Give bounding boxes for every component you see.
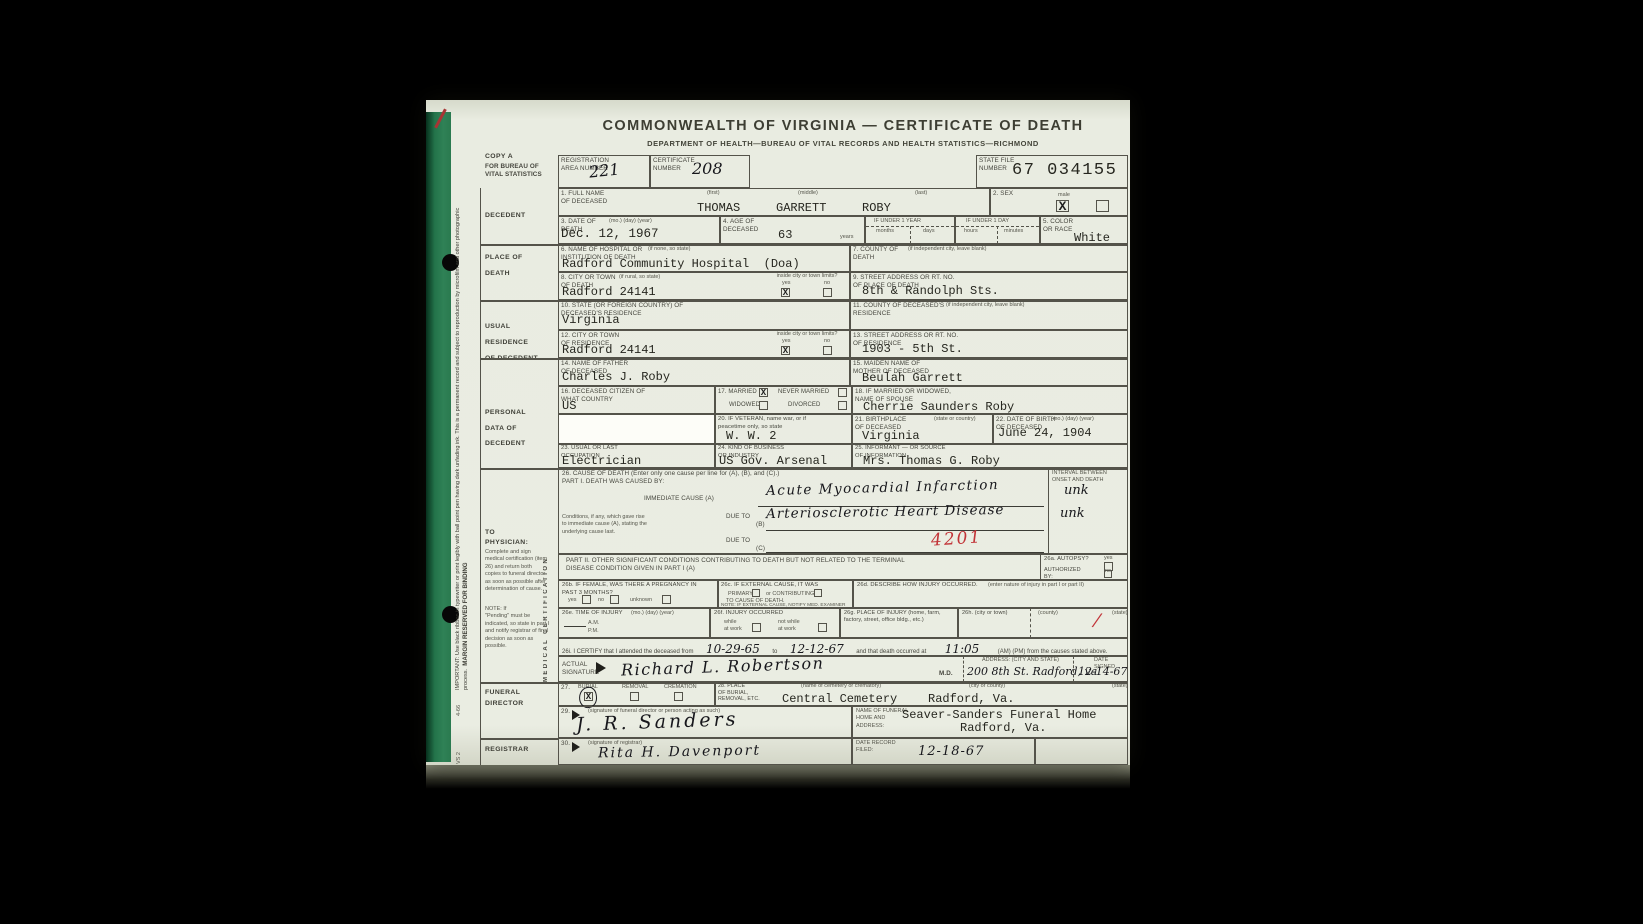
date-of-death-value: Dec. 12, 1967 xyxy=(561,227,659,241)
am-hint: A.M. xyxy=(588,620,599,627)
registrar-number: 30. xyxy=(561,740,570,748)
occupation-value: Electrician xyxy=(562,454,641,468)
time-of-injury-label: 26e. TIME OF INJURY xyxy=(562,610,623,618)
injury-county-hint: (county) xyxy=(1038,610,1058,617)
injury-description-label: 26d. DESCRIBE HOW INJURY OCCURRED. xyxy=(857,582,978,590)
place-of-burial-label: 28. PLACE OF BURIAL, REMOVAL, ETC. xyxy=(718,683,760,703)
section-rule xyxy=(480,300,558,302)
color-race-label: 5. COLOR OR RACE xyxy=(1043,218,1073,234)
checkbox-death-city-limits-no xyxy=(823,288,832,297)
state-file-value: 67 034155 xyxy=(1012,161,1117,180)
sex-label: 2. SEX xyxy=(993,190,1013,198)
married-label: 17. MARRIED xyxy=(718,389,757,397)
divorced-label: DIVORCED xyxy=(788,402,820,410)
interval-a-value: unk xyxy=(1064,483,1089,498)
funeral-home-value: Seaver-Sanders Funeral Home xyxy=(902,708,1096,722)
external-cause-label: 26c. IF EXTERNAL CAUSE, IT WAS xyxy=(721,582,818,590)
birthplace-value: Virginia xyxy=(862,429,920,443)
days-hint: days xyxy=(923,228,935,235)
copy-a-label: COPY A xyxy=(485,152,513,162)
cause-code-red-value: 4201 xyxy=(930,527,983,551)
city-residence-value: Radford 24141 xyxy=(562,343,656,357)
cause-b-line xyxy=(766,530,1044,531)
am-line xyxy=(564,626,586,627)
checkbox-pregnancy-unknown xyxy=(662,595,671,604)
date-of-death-hint: (mo.) (day) (year) xyxy=(609,218,652,225)
industry-value: US Gov. Arsenal xyxy=(719,454,827,468)
section-rule xyxy=(480,244,558,246)
due-to-2-label: DUE TO xyxy=(726,537,750,545)
interval-column-divider xyxy=(1048,468,1049,554)
age-years-hint: years xyxy=(840,234,853,241)
section-decedent: DECEDENT xyxy=(485,208,526,224)
injury-state-hint: (state) xyxy=(1112,610,1128,617)
certificate-subtitle: DEPARTMENT OF HEALTH—BUREAU OF VITAL REC… xyxy=(558,139,1128,148)
injury-description-hint: (enter nature of injury in part I or par… xyxy=(988,582,1084,589)
immediate-cause-label: IMMEDIATE CAUSE (A) xyxy=(644,495,714,503)
cemetery-hint: (name of cemetery or crematory) xyxy=(801,683,881,690)
cremation-hint: CREMATION xyxy=(664,684,697,691)
registrar-arrow-icon xyxy=(572,742,580,752)
first-name-value: THOMAS xyxy=(697,201,740,215)
place-of-burial-box xyxy=(715,682,1128,706)
certify-text-1: 26i. I CERTIFY that I attended the decea… xyxy=(562,649,694,655)
section-usual-residence: USUAL RESIDENCE xyxy=(485,319,528,350)
death-time-value: 11:05 xyxy=(931,642,994,657)
informant-value: Mrs. Thomas G. Roby xyxy=(863,454,1000,468)
county-residence-hint: (if independent city, leave blank) xyxy=(946,302,1024,309)
removal-hint: REMOVAL xyxy=(622,684,649,691)
conditions-note: Conditions, if any, which gave rise to i… xyxy=(562,514,682,536)
checkbox-widowed xyxy=(759,401,768,410)
section-personal-data: PERSONAL DATA OF DECEDENT xyxy=(485,405,526,452)
mother-value: Beulah Garrett xyxy=(862,371,963,385)
section-rule xyxy=(480,468,558,470)
full-name-label: 1. FULL NAME OF DECEASED xyxy=(561,190,607,206)
burial-city-value: Radford, Va. xyxy=(928,692,1014,706)
months-hint: months xyxy=(876,228,894,235)
city-of-death-hint: (if rural, so state) xyxy=(619,274,660,281)
city-county-hint: (city or county) xyxy=(969,683,1005,690)
pm-hint: P.M. xyxy=(588,628,599,635)
cause-c-tag: (C) xyxy=(756,545,765,553)
section-registrar: REGISTRAR xyxy=(485,742,529,758)
checkbox-death-city-limits-yes: X xyxy=(781,288,790,297)
under-1-year-divider xyxy=(910,226,911,244)
checkbox-sex-female xyxy=(1096,200,1109,212)
pregnancy-yes-hint: yes xyxy=(568,597,577,604)
scan-background: IMPORTANT: Use black ribbon in typewrite… xyxy=(0,0,1643,924)
due-to-1-label: DUE TO xyxy=(726,513,750,521)
state-hint: (state) xyxy=(1112,683,1128,690)
green-binding-strip xyxy=(426,112,451,762)
state-file-label: STATE FILE NUMBER xyxy=(979,157,1014,173)
first-name-hint: (first) xyxy=(707,190,720,197)
cause-c-line xyxy=(766,552,1044,553)
funeral-home-label: NAME OF FUNERAL HOME AND ADDRESS: xyxy=(856,708,908,730)
residence-limits-yes-hint: yes xyxy=(782,338,791,345)
death-certificate: IMPORTANT: Use black ribbon in typewrite… xyxy=(426,100,1130,765)
page-bottom-shadow xyxy=(426,765,1130,789)
middle-name-hint: (middle) xyxy=(798,190,818,197)
binding-margin-text: IMPORTANT: Use black ribbon in typewrite… xyxy=(454,170,480,690)
veteran-value: W. W. 2 xyxy=(726,429,776,443)
city-limits-no-hint: no xyxy=(824,280,830,287)
checkbox-removal xyxy=(630,692,639,701)
date-signed-value: 12-14-67 xyxy=(1078,665,1127,678)
registrar-blank-box xyxy=(1035,738,1128,765)
section-rule xyxy=(480,682,558,684)
copy-a-sublabel: FOR BUREAU OF VITAL STATISTICS xyxy=(485,163,542,179)
county-of-death-hint: (if independent city, leave blank) xyxy=(908,246,986,253)
last-name-hint: (last) xyxy=(915,190,927,197)
section-rule xyxy=(480,358,558,360)
disposition-number: 27. xyxy=(561,684,570,692)
checkbox-sex-male: X xyxy=(1056,200,1069,212)
date-filed-label: DATE RECORD FILED: xyxy=(856,740,896,755)
county-of-death-label: 7. COUNTY OF DEATH xyxy=(853,246,898,262)
certify-text-3: (AM) (PM) from the causes stated above. xyxy=(998,649,1108,655)
minutes-hint: minutes xyxy=(1004,228,1023,235)
margin-title: MARGIN RESERVED FOR BINDING xyxy=(462,562,469,665)
injury-occurred-label: 26f. INJURY OCCURRED xyxy=(714,610,783,618)
birthplace-hint: (state or country) xyxy=(934,416,976,423)
section-funeral-director: FUNERAL DIRECTOR xyxy=(485,688,524,710)
checkbox-residence-city-limits-yes: X xyxy=(781,346,790,355)
section-to-physician: TO PHYSICIAN: xyxy=(485,528,528,547)
pending-note: NOTE: If "Pending" must be indicated, so… xyxy=(485,606,551,651)
spouse-value: Cherrie Saunders Roby xyxy=(863,400,1014,414)
checkbox-pregnancy-no xyxy=(610,595,619,604)
checkbox-residence-city-limits-no xyxy=(823,346,832,355)
residence-limits-no-hint: no xyxy=(824,338,830,345)
section-rule xyxy=(480,738,558,740)
funeral-director-number: 29. xyxy=(561,708,570,716)
county-residence-label: 11. COUNTY OF DECEASED'S RESIDENCE xyxy=(853,302,944,318)
street-of-death-value: 8th & Randolph Sts. xyxy=(862,284,999,298)
autopsy-label: 26a. AUTOPSY? xyxy=(1044,556,1089,564)
last-name-value: ROBY xyxy=(862,201,891,215)
not-while-at-work-hint: not while at work xyxy=(778,619,800,634)
pregnancy-no-hint: no xyxy=(598,597,604,604)
date-filed-value: 12-18-67 xyxy=(918,744,984,759)
father-value: Charles J. Roby xyxy=(562,370,670,384)
residence-limits-question: inside city or town limits? xyxy=(766,331,848,338)
date-of-birth-hint: (mo.) (day) (year) xyxy=(1051,416,1094,423)
interval-b-value: unk xyxy=(1060,506,1085,521)
certify-text-2: and that death occurred at xyxy=(856,649,926,655)
md-label: M.D. xyxy=(939,670,953,678)
widowed-label: WIDOWED xyxy=(729,402,760,410)
checkbox-contributing xyxy=(814,589,822,597)
injury-location-divider xyxy=(1030,608,1031,638)
time-of-injury-hint: (mo.) (day) (year) xyxy=(631,610,674,617)
checkbox-never-married xyxy=(838,388,847,397)
while-at-work-hint: while at work xyxy=(724,619,742,634)
checkbox-divorced xyxy=(838,401,847,410)
section-place-of-death: PLACE OF DEATH xyxy=(485,250,523,281)
color-race-value: White xyxy=(1074,231,1110,245)
city-limits-yes-hint: yes xyxy=(782,280,791,287)
checkbox-primary xyxy=(752,589,760,597)
certificate-title: COMMONWEALTH OF VIRGINIA — CERTIFICATE O… xyxy=(558,118,1128,134)
checkbox-cremation xyxy=(674,692,683,701)
hospital-value: Radford Community Hospital (Doa) xyxy=(562,257,800,271)
citizen-value: US xyxy=(562,399,576,413)
checkbox-pregnancy-yes xyxy=(582,595,591,604)
state-residence-value: Virginia xyxy=(562,313,620,327)
actual-signature-label: ACTUAL SIGNATURE xyxy=(562,661,599,677)
never-married-label: NEVER MARRIED xyxy=(778,389,829,397)
middle-name-value: GARRETT xyxy=(776,201,826,215)
checkbox-married: X xyxy=(759,388,768,397)
form-number: VS 2 xyxy=(456,734,463,764)
pregnancy-unknown-hint: unknown xyxy=(630,597,652,604)
age-value: 63 xyxy=(778,228,792,242)
checkbox-not-while-at-work xyxy=(818,623,827,632)
date-of-birth-value: June 24, 1904 xyxy=(998,426,1092,440)
label-column-rule xyxy=(480,188,481,765)
hospital-hint: (if none, so state) xyxy=(648,246,691,253)
certificate-number-label: CERTIFICATE NUMBER xyxy=(653,157,695,173)
city-limits-question: inside city or town limits? xyxy=(766,273,848,280)
registrar-signature-value: Rita H. Davenport xyxy=(598,743,761,762)
form-revision-code: 4-66 xyxy=(456,686,463,716)
physician-instruction-note: Complete and sign medical certification … xyxy=(485,549,549,594)
address-divider xyxy=(963,656,964,682)
part-2-label: PART II. OTHER SIGNIFICANT CONDITIONS CO… xyxy=(566,557,1026,573)
place-of-injury-label: 26g. PLACE OF INJURY (home, farm, factor… xyxy=(844,610,941,624)
city-of-death-value: Radford 24141 xyxy=(562,285,656,299)
checkbox-while-at-work xyxy=(752,623,761,632)
registration-area-value: 221 xyxy=(588,159,620,181)
cemetery-value: Central Cemetery xyxy=(782,692,897,706)
hours-hint: hours xyxy=(964,228,978,235)
under-1-day-divider xyxy=(997,226,998,244)
street-residence-value: 1903 - 5th St. xyxy=(862,342,963,356)
funeral-home-city-value: Radford, Va. xyxy=(960,721,1046,735)
autopsy-divider xyxy=(1040,554,1041,580)
redacted-field-box xyxy=(558,414,715,444)
address-label: ADDRESS: (CITY AND STATE) xyxy=(982,657,1059,664)
cause-b-tag: (B) xyxy=(756,521,765,529)
under-1-year-label: IF UNDER 1 YEAR xyxy=(874,218,921,225)
under-1-day-label: IF UNDER 1 DAY xyxy=(966,218,1009,225)
signature-arrow-icon xyxy=(596,662,606,674)
age-label: 4. AGE OF DECEASED xyxy=(723,218,758,234)
checkbox-autopsy-no xyxy=(1104,570,1112,578)
injury-city-label: 26h. (city or town) xyxy=(962,610,1008,617)
certificate-number-value: 208 xyxy=(692,159,723,178)
